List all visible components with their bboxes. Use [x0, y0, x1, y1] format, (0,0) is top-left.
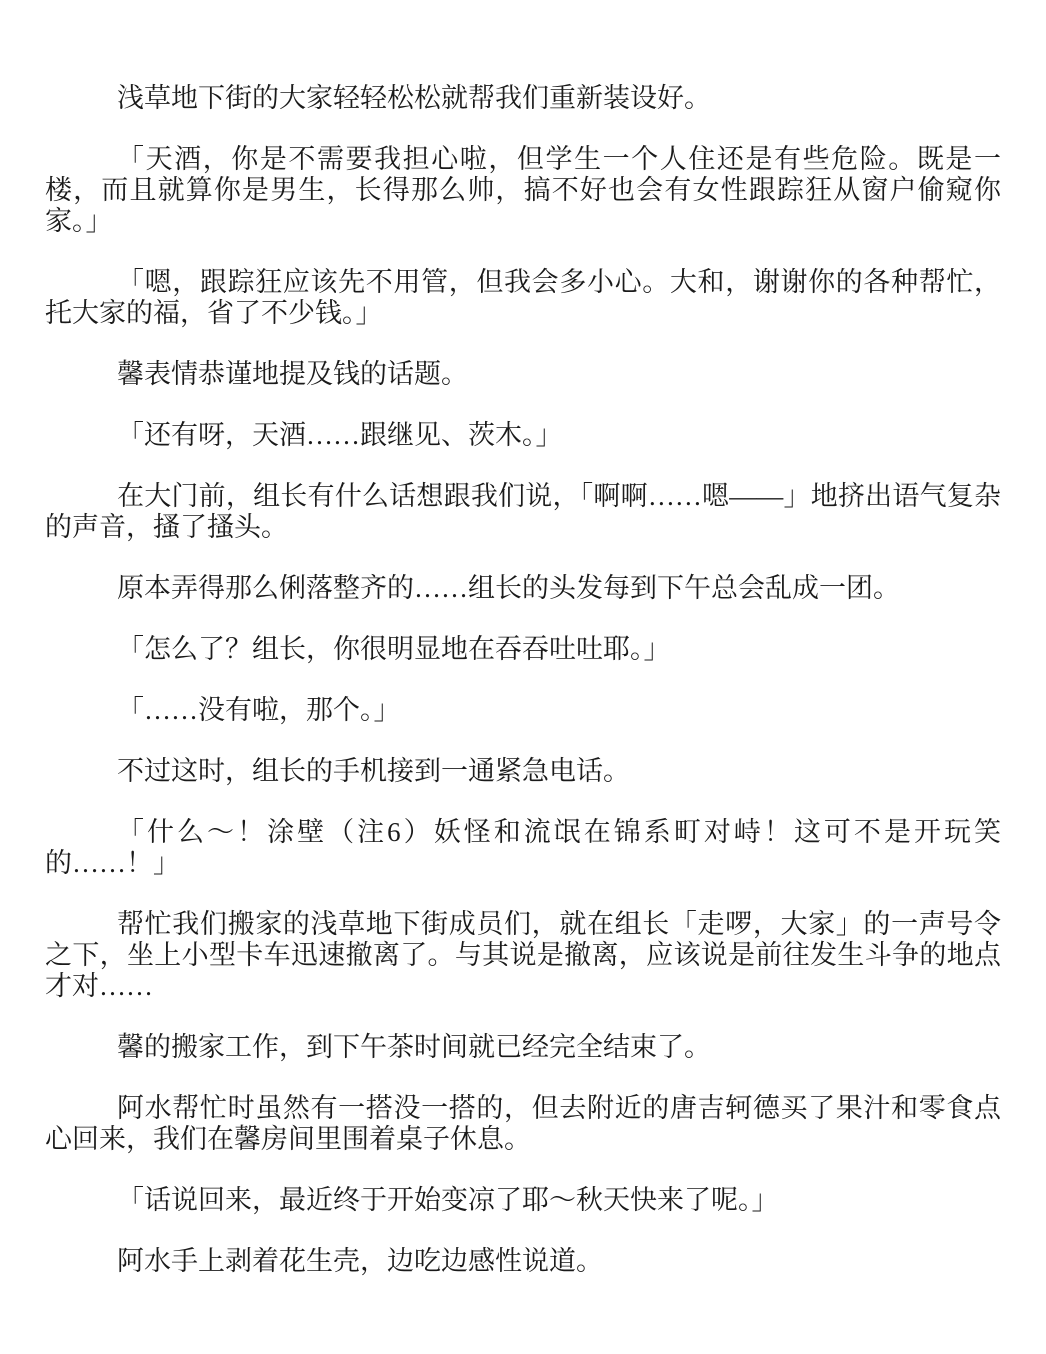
paragraph-dialogue-6: 「什么～！涂壁（注6）妖怪和流氓在锦系町对峙！这可不是开玩笑的……！」: [45, 817, 1001, 879]
paragraph-dialogue-1: 「天酒，你是不需要我担心啦，但学生一个人住还是有些危险。既是一楼，而且就算你是男…: [45, 144, 1001, 237]
paragraph-dialogue-2: 「嗯，跟踪狂应该先不用管，但我会多小心。大和，谢谢你的各种帮忙，托大家的福，省了…: [45, 267, 1001, 329]
paragraph-narration-3: 在大门前，组长有什么话想跟我们说，「啊啊……嗯——」地挤出语气复杂的声音，搔了搔…: [45, 481, 1001, 543]
paragraph-narration-1: 浅草地下街的大家轻轻松松就帮我们重新装设好。: [45, 83, 1001, 114]
paragraph-narration-6: 帮忙我们搬家的浅草地下街成员们，就在组长「走啰，大家」的一声号令之下，坐上小型卡…: [45, 909, 1001, 1002]
paragraph-narration-2: 馨表情恭谨地提及钱的话题。: [45, 359, 1001, 390]
paragraph-narration-7: 馨的搬家工作，到下午茶时间就已经完全结束了。: [45, 1032, 1001, 1063]
paragraph-dialogue-4: 「怎么了？组长，你很明显地在吞吞吐吐耶。」: [45, 634, 1001, 665]
novel-page: 浅草地下街的大家轻轻松松就帮我们重新装设好。 「天酒，你是不需要我担心啦，但学生…: [0, 0, 1046, 1354]
paragraph-dialogue-7: 「话说回来，最近终于开始变凉了耶～秋天快来了呢。」: [45, 1185, 1001, 1216]
paragraph-narration-8: 阿水帮忙时虽然有一搭没一搭的，但去附近的唐吉轲德买了果汁和零食点心回来，我们在馨…: [45, 1093, 1001, 1155]
paragraph-narration-5: 不过这时，组长的手机接到一通紧急电话。: [45, 756, 1001, 787]
paragraph-dialogue-5: 「……没有啦，那个。」: [45, 695, 1001, 726]
paragraph-narration-4: 原本弄得那么俐落整齐的……组长的头发每到下午总会乱成一团。: [45, 573, 1001, 604]
paragraph-narration-9: 阿水手上剥着花生壳，边吃边感性说道。: [45, 1246, 1001, 1277]
paragraph-dialogue-3: 「还有呀，天酒……跟继见、茨木。」: [45, 420, 1001, 451]
